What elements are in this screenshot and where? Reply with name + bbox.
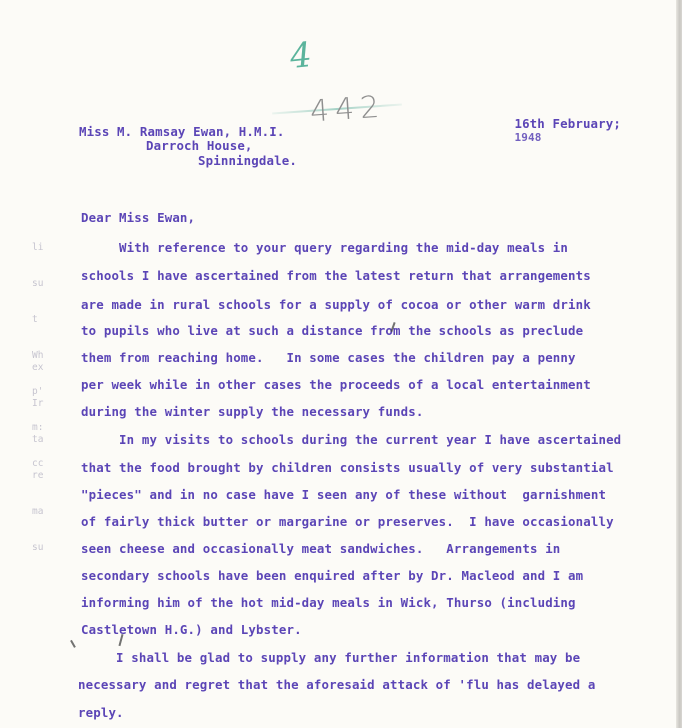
bleed-text: ta [32,434,55,446]
body-line: them from reaching home. In some cases t… [81,352,576,364]
recipient-line-2: Darroch House, [146,140,253,152]
body-line: In my visits to schools during the curre… [81,434,621,446]
body-line: during the winter supply the necessary f… [81,406,423,418]
green-handwritten-annotation: 4 [288,35,314,77]
bleed-text: ex [32,362,55,374]
bleed-text: t [32,314,55,326]
bleed-text: su [32,278,55,290]
bleed-text: re [32,470,55,482]
letter-page: 4 442 16th February; 1948 Miss M. Ramsay… [0,0,676,728]
margin-bleed-lower: ex Ir ta re ma su [32,338,55,578]
body-line: informing him of the hot mid-day meals i… [81,597,576,609]
body-line: that the food brought by children consis… [81,462,614,474]
body-line: Castletown H.G.) and Lybster. [81,624,302,636]
body-line: schools I have ascertained from the late… [81,270,591,282]
body-line: to pupils who live at such a distance fr… [81,325,583,337]
bleed-text: su [32,542,55,554]
pen-tick-mark [70,640,75,648]
body-line: With reference to your query regarding t… [81,242,568,254]
date-year: 1948 [514,131,541,144]
bleed-text: li [32,242,55,254]
recipient-line-1: Miss M. Ramsay Ewan, H.M.I. [79,126,284,138]
body-line: "pieces" and in no case have I seen any … [81,489,606,501]
body-line: secondary schools have been enquired aft… [81,570,583,582]
body-line: seen cheese and occasionally meat sandwi… [81,543,560,555]
page-edge-shadow [676,0,682,728]
body-line: I shall be glad to supply any further in… [78,652,580,664]
letter-date: 16th February; 1948 [484,106,621,156]
body-line: are made in rural schools for a supply o… [81,299,591,311]
body-line: necessary and regret that the aforesaid … [78,679,595,691]
pencil-reference-number: 442 [309,89,387,129]
salutation: Dear Miss Ewan, [81,212,195,224]
bleed-text: Ir [32,398,55,410]
body-line: reply. [78,707,124,719]
body-line: of fairly thick butter or margarine or p… [81,516,614,528]
date-text: 16th February; [514,116,621,131]
recipient-line-3: Spinningdale. [198,155,297,167]
body-line: per week while in other cases the procee… [81,379,591,391]
bleed-text: ma [32,506,55,518]
